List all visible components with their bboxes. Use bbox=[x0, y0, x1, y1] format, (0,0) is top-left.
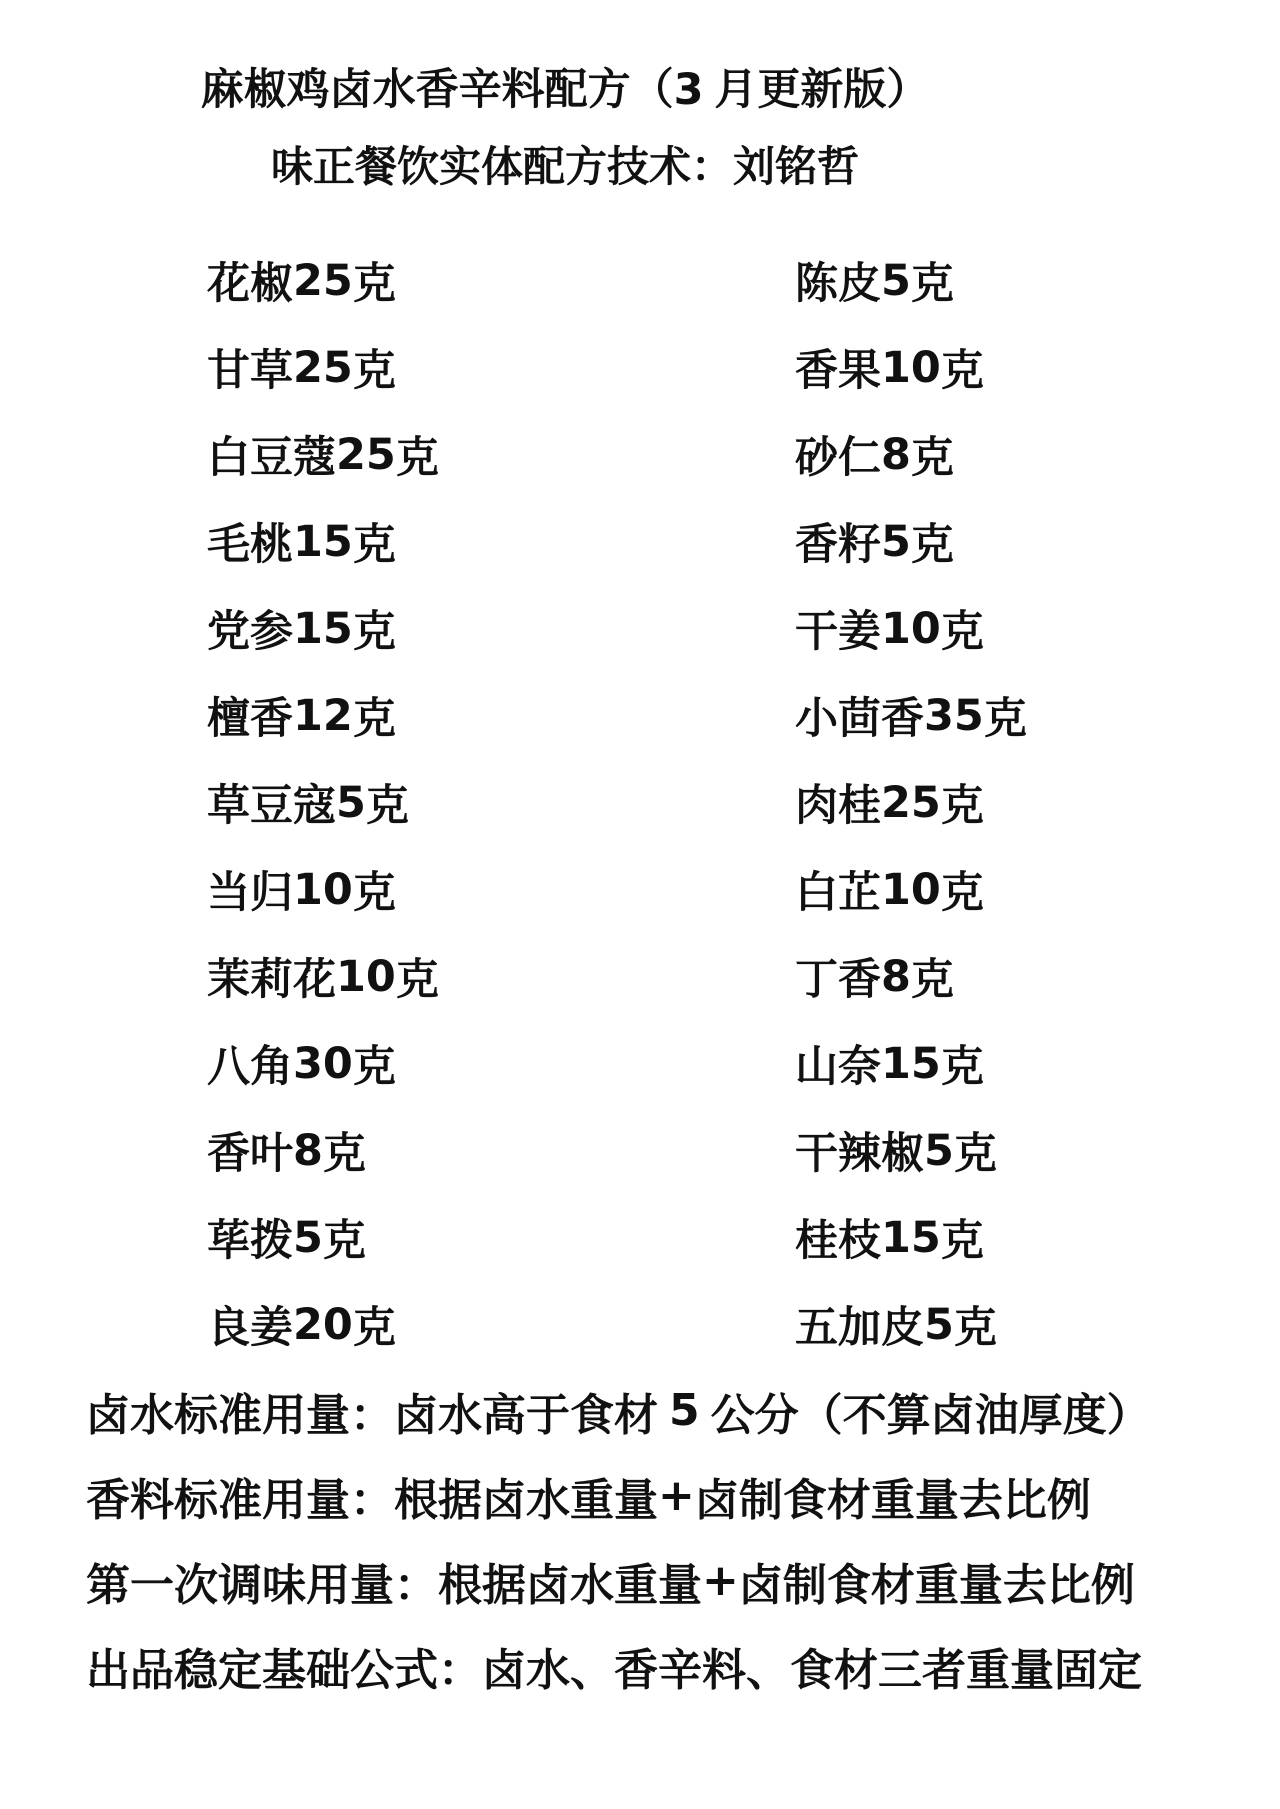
ingredient-name: 丁香 bbox=[795, 946, 881, 1007]
ingredient-qty: 35 bbox=[924, 691, 984, 741]
ingredient-name: 白芷 bbox=[795, 859, 881, 920]
ingredient-row: 香叶 8 克 bbox=[207, 1107, 439, 1194]
ingredient-name: 茉莉花 bbox=[207, 946, 336, 1007]
ingredient-unit: 克 bbox=[353, 1033, 396, 1094]
ingredient-name: 山奈 bbox=[795, 1033, 881, 1094]
ingredient-qty: 12 bbox=[293, 691, 353, 741]
ingredient-unit: 克 bbox=[954, 1120, 997, 1181]
ingredient-row: 草豆寇 5 克 bbox=[207, 759, 439, 846]
note-line: 第一次调味用量：根据卤水重量+卤制食材重量去比例 bbox=[86, 1538, 1246, 1623]
ingredient-qty: 5 bbox=[336, 778, 366, 828]
notes-section: 卤水标准用量：卤水高于食材 5 公分（不算卤油厚度）香料标准用量：根据卤水重量+… bbox=[86, 1368, 1246, 1708]
ingredient-qty: 15 bbox=[293, 604, 353, 654]
ingredient-name: 肉桂 bbox=[795, 772, 881, 833]
ingredient-row: 砂仁 8 克 bbox=[795, 411, 1027, 498]
ingredient-unit: 克 bbox=[353, 250, 396, 311]
ingredient-row: 当归 10 克 bbox=[207, 846, 439, 933]
ingredient-name: 桂枝 bbox=[795, 1207, 881, 1268]
ingredient-name: 香果 bbox=[795, 337, 881, 398]
ingredient-qty: 5 bbox=[924, 1300, 954, 1350]
ingredient-row: 桂枝 15 克 bbox=[795, 1194, 1027, 1281]
ingredient-qty: 10 bbox=[293, 865, 353, 915]
ingredient-qty: 5 bbox=[293, 1213, 323, 1263]
ingredient-unit: 克 bbox=[941, 1033, 984, 1094]
ingredient-name: 香籽 bbox=[795, 511, 881, 572]
ingredient-qty: 20 bbox=[293, 1300, 353, 1350]
ingredient-row: 五加皮 5 克 bbox=[795, 1281, 1027, 1368]
ingredient-name: 干姜 bbox=[795, 598, 881, 659]
ingredient-name: 白豆蔻 bbox=[207, 424, 336, 485]
ingredient-name: 干辣椒 bbox=[795, 1120, 924, 1181]
ingredient-row: 肉桂 25 克 bbox=[795, 759, 1027, 846]
ingredient-row: 香籽 5 克 bbox=[795, 498, 1027, 585]
ingredient-name: 八角 bbox=[207, 1033, 293, 1094]
ingredient-name: 毛桃 bbox=[207, 511, 293, 572]
ingredient-row: 小茴香 35 克 bbox=[795, 672, 1027, 759]
ingredient-name: 花椒 bbox=[207, 250, 293, 311]
ingredient-qty: 8 bbox=[881, 430, 911, 480]
ingredient-name: 草豆寇 bbox=[207, 772, 336, 833]
ingredient-name: 良姜 bbox=[207, 1294, 293, 1355]
ingredient-row: 荜拨 5 克 bbox=[207, 1194, 439, 1281]
ingredient-name: 五加皮 bbox=[795, 1294, 924, 1355]
ingredient-qty: 5 bbox=[924, 1126, 954, 1176]
ingredient-qty: 8 bbox=[293, 1126, 323, 1176]
ingredient-unit: 克 bbox=[323, 1120, 366, 1181]
ingredient-name: 当归 bbox=[207, 859, 293, 920]
ingredient-unit: 克 bbox=[396, 424, 439, 485]
ingredient-unit: 克 bbox=[353, 685, 396, 746]
recipe-page: 麻椒鸡卤水香辛料配方（3 月更新版） 味正餐饮实体配方技术：刘铭哲 花椒 25 … bbox=[0, 0, 1280, 1809]
ingredient-qty: 30 bbox=[293, 1039, 353, 1089]
ingredient-row: 香果 10 克 bbox=[795, 324, 1027, 411]
ingredient-name: 党参 bbox=[207, 598, 293, 659]
ingredient-row: 丁香 8 克 bbox=[795, 933, 1027, 1020]
ingredient-qty: 15 bbox=[293, 517, 353, 567]
ingredient-name: 陈皮 bbox=[795, 250, 881, 311]
note-line: 卤水标准用量：卤水高于食材 5 公分（不算卤油厚度） bbox=[86, 1368, 1246, 1453]
ingredient-unit: 克 bbox=[911, 424, 954, 485]
number: + bbox=[658, 1470, 695, 1521]
ingredient-row: 八角 30 克 bbox=[207, 1020, 439, 1107]
ingredient-name: 荜拨 bbox=[207, 1207, 293, 1268]
ingredient-row: 花椒 25 克 bbox=[207, 237, 439, 324]
ingredient-row: 党参 15 克 bbox=[207, 585, 439, 672]
ingredient-qty: 25 bbox=[881, 778, 941, 828]
number: 5 bbox=[669, 1385, 700, 1436]
ingredient-row: 茉莉花 10 克 bbox=[207, 933, 439, 1020]
ingredient-unit: 克 bbox=[984, 685, 1027, 746]
ingredient-qty: 10 bbox=[881, 604, 941, 654]
ingredient-unit: 克 bbox=[366, 772, 409, 833]
ingredient-unit: 克 bbox=[954, 1294, 997, 1355]
ingredient-row: 甘草 25 克 bbox=[207, 324, 439, 411]
ingredient-name: 香叶 bbox=[207, 1120, 293, 1181]
ingredient-name: 甘草 bbox=[207, 337, 293, 398]
ingredient-unit: 克 bbox=[941, 859, 984, 920]
ingredient-qty: 15 bbox=[881, 1039, 941, 1089]
ingredient-unit: 克 bbox=[911, 511, 954, 572]
ingredient-qty: 8 bbox=[881, 952, 911, 1002]
ingredient-name: 小茴香 bbox=[795, 685, 924, 746]
ingredient-unit: 克 bbox=[941, 598, 984, 659]
ingredient-row: 良姜 20 克 bbox=[207, 1281, 439, 1368]
ingredient-qty: 15 bbox=[881, 1213, 941, 1263]
ingredient-qty: 10 bbox=[336, 952, 396, 1002]
document-subtitle: 味正餐饮实体配方技术：刘铭哲 bbox=[0, 142, 1130, 194]
ingredient-unit: 克 bbox=[911, 250, 954, 311]
ingredient-qty: 25 bbox=[336, 430, 396, 480]
ingredient-unit: 克 bbox=[941, 772, 984, 833]
number: + bbox=[702, 1555, 739, 1606]
ingredient-qty: 10 bbox=[881, 865, 941, 915]
ingredient-name: 檀香 bbox=[207, 685, 293, 746]
ingredient-column-right: 陈皮 5 克香果 10 克砂仁 8 克香籽 5 克干姜 10 克小茴香 35 克… bbox=[795, 237, 1027, 1368]
ingredient-unit: 克 bbox=[323, 1207, 366, 1268]
ingredient-row: 山奈 15 克 bbox=[795, 1020, 1027, 1107]
ingredient-row: 陈皮 5 克 bbox=[795, 237, 1027, 324]
ingredient-column-left: 花椒 25 克甘草 25 克白豆蔻 25 克毛桃 15 克党参 15 克檀香 1… bbox=[207, 237, 439, 1368]
document-title: 麻椒鸡卤水香辛料配方（3 月更新版） bbox=[0, 64, 1130, 117]
ingredient-unit: 克 bbox=[396, 946, 439, 1007]
number: 3 bbox=[674, 65, 704, 115]
ingredient-qty: 10 bbox=[881, 343, 941, 393]
ingredient-row: 白豆蔻 25 克 bbox=[207, 411, 439, 498]
ingredient-row: 白芷 10 克 bbox=[795, 846, 1027, 933]
ingredient-qty: 25 bbox=[293, 343, 353, 393]
ingredient-qty: 25 bbox=[293, 256, 353, 306]
ingredient-unit: 克 bbox=[911, 946, 954, 1007]
ingredient-unit: 克 bbox=[353, 598, 396, 659]
ingredient-unit: 克 bbox=[353, 337, 396, 398]
ingredient-row: 干姜 10 克 bbox=[795, 585, 1027, 672]
ingredient-unit: 克 bbox=[941, 337, 984, 398]
ingredient-unit: 克 bbox=[353, 859, 396, 920]
ingredient-unit: 克 bbox=[941, 1207, 984, 1268]
ingredient-name: 砂仁 bbox=[795, 424, 881, 485]
ingredient-qty: 5 bbox=[881, 517, 911, 567]
note-line: 出品稳定基础公式：卤水、香辛料、食材三者重量固定 bbox=[86, 1623, 1246, 1708]
ingredient-row: 干辣椒 5 克 bbox=[795, 1107, 1027, 1194]
ingredient-row: 檀香 12 克 bbox=[207, 672, 439, 759]
ingredient-unit: 克 bbox=[353, 511, 396, 572]
ingredient-row: 毛桃 15 克 bbox=[207, 498, 439, 585]
note-line: 香料标准用量：根据卤水重量+卤制食材重量去比例 bbox=[86, 1453, 1246, 1538]
ingredient-unit: 克 bbox=[353, 1294, 396, 1355]
ingredient-qty: 5 bbox=[881, 256, 911, 306]
